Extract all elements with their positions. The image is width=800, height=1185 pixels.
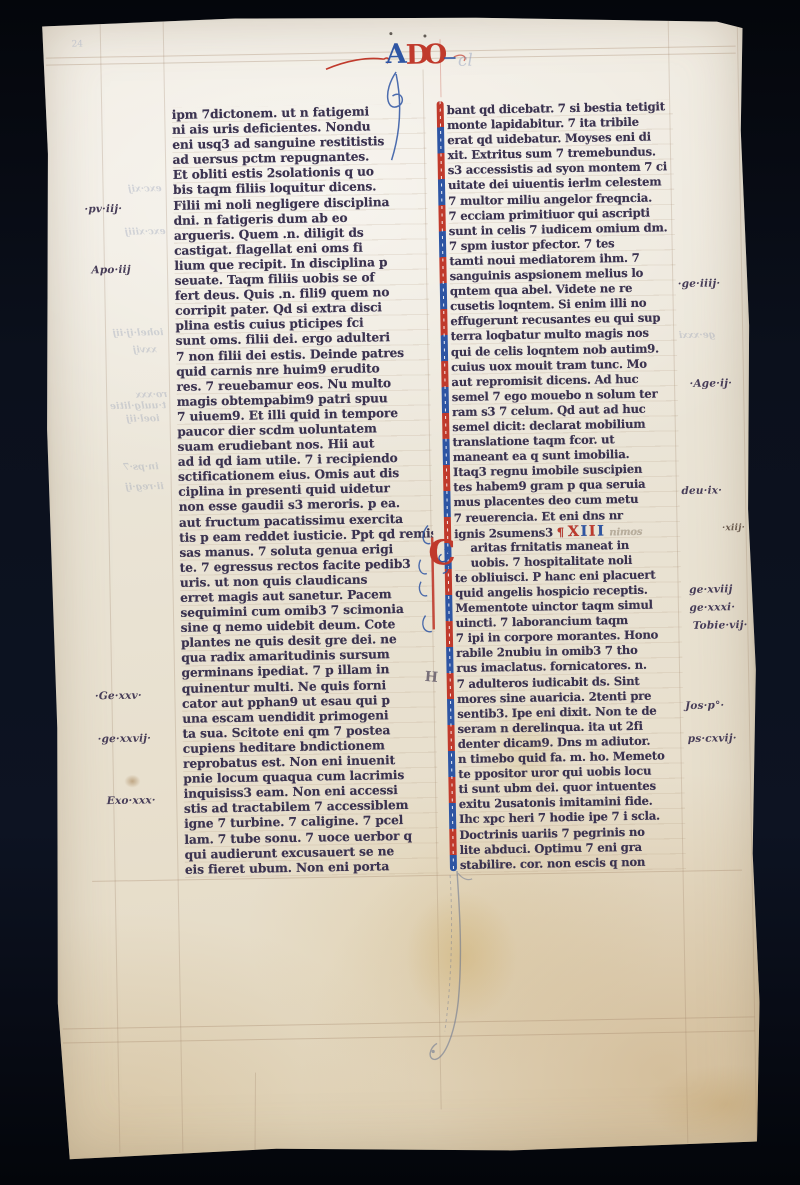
- showthrough-note: iohel·ij·iij: [112, 327, 163, 339]
- showthrough-note: ioel·iij: [126, 413, 160, 425]
- margin-note: ge·xviij: [689, 583, 733, 596]
- showthrough-note: ro·xxx: [136, 389, 168, 401]
- margin-note: Jos·p°·: [685, 699, 724, 712]
- photo-background: 24 A D O cl ipm 7dictonem. ut n fatigemi…: [0, 0, 800, 1185]
- margin-note: Apo·iij: [91, 264, 131, 277]
- text-line: stabilire. cor. non escis q non: [460, 854, 686, 873]
- running-title-letter: A: [386, 40, 407, 70]
- text-block: te obliuisci. P hanc eni placuertquid an…: [455, 567, 686, 873]
- margin-note: deu·ix·: [681, 484, 722, 497]
- showthrough-note: exc·xij: [128, 183, 162, 195]
- margin-note: ·ge·iiij·: [678, 277, 721, 290]
- running-title: A D O cl: [323, 34, 524, 85]
- margin-note: Exo·xxx·: [107, 794, 156, 807]
- showthrough-note: exc·xiiij: [125, 226, 166, 238]
- margin-note: ·xiij·: [722, 523, 745, 533]
- margin-note: ·ge·xxvij·: [98, 732, 152, 745]
- margin-note: Tobie·vij·: [693, 619, 748, 632]
- running-title-letter: O: [424, 40, 448, 70]
- showthrough-text: cl: [458, 51, 473, 71]
- showthrough-text: nimos: [609, 526, 642, 538]
- showthrough-note: ii·reg·ij: [125, 481, 164, 493]
- initial-indented-lines: aritas frnitatis maneat inuobis. 7 hospi…: [454, 537, 680, 571]
- margin-note: ·Age·ij·: [689, 377, 732, 390]
- text-column-left: ipm 7dictonem. ut n fatigemini ais uris …: [172, 103, 439, 879]
- showthrough-note: xxvij: [133, 344, 157, 355]
- pencil-mark: 24: [71, 39, 83, 49]
- gutter-mark: H: [424, 669, 439, 686]
- flourish-tail: [412, 860, 496, 1091]
- chapter-initial: C: [428, 537, 456, 569]
- text-column-right: bant qd dicebatr. 7 si bestia tetigitmon…: [447, 99, 686, 875]
- manuscript-leaf: 24 A D O cl ipm 7dictonem. ut n fatigemi…: [37, 4, 765, 1164]
- showthrough-note: t·uulg·litie: [110, 400, 167, 412]
- showthrough-note: ge·xxxi: [679, 329, 716, 341]
- pricking-hole: [389, 32, 392, 35]
- margin-note: ps·cxvij·: [688, 732, 737, 745]
- margin-note: ge·xxxi·: [689, 601, 735, 614]
- margin-note: ·pv·iij·: [84, 203, 122, 216]
- paraph-mark: ¶: [557, 525, 564, 539]
- margin-note: ·Ge·xxv·: [95, 690, 142, 703]
- text-fragment: ignis 2sumens3: [454, 525, 553, 541]
- showthrough-note: in·ps·7: [123, 461, 159, 473]
- chapter-numeral: XIII: [568, 524, 606, 539]
